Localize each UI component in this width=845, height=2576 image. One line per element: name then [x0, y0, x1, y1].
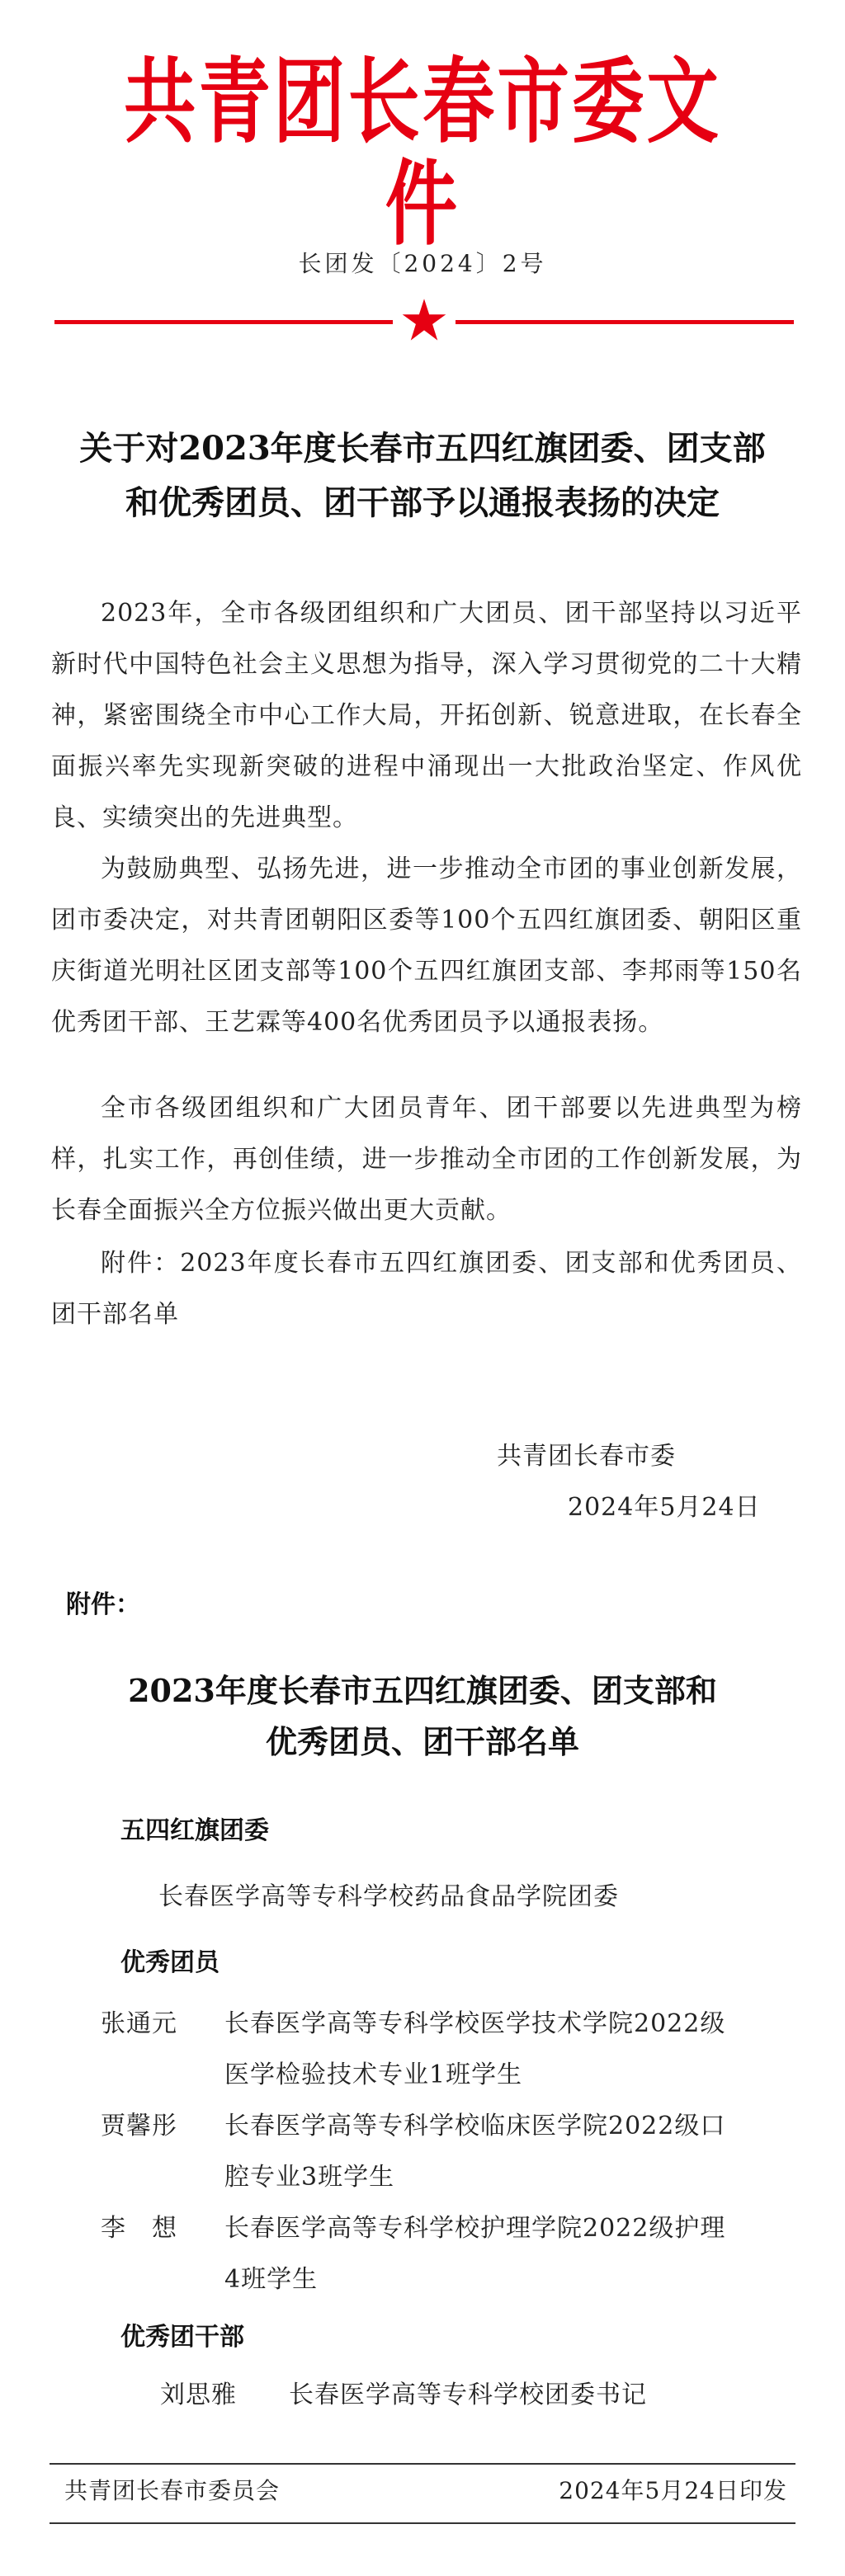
attachment-title-line2: 优秀团员、团干部名单 — [0, 1715, 845, 1769]
decision-heading-line1: 关于对2023年度长春市五四红旗团委、团支部 — [0, 421, 845, 476]
entry-name: 刘思雅 — [160, 2370, 284, 2421]
body-paragraph-2: 为鼓励典型、弘扬先进，进一步推动全市团的事业创新发展，团市委决定，对共青团朝阳区… — [51, 844, 802, 1048]
list-item: 长春医学高等专科学校药品食品学院团委 — [158, 1872, 619, 1923]
entry-desc: 长春医学高等专科学校团委书记 — [289, 2370, 833, 2421]
star-icon — [401, 297, 447, 343]
footer-issuer: 共青团长春市委员会 — [64, 2475, 280, 2508]
attachment-title-line1: 2023年度长春市五四红旗团委、团支部和 — [0, 1664, 845, 1718]
footer-rule-top — [50, 2463, 795, 2465]
entry-desc-line2: 腔专业3班学生 — [224, 2152, 769, 2203]
signature-date: 2024年5月24日 — [568, 1482, 761, 1533]
attachment-note: 附件：2023年度长春市五四红旗团委、团支部和优秀团员、团干部名单 — [51, 1238, 802, 1340]
entry-name: 李 想 — [101, 2203, 224, 2254]
document-number: 长团发〔2024〕2号 — [0, 249, 845, 279]
entry-name: 贾馨彤 — [101, 2101, 224, 2152]
red-rule-left — [54, 320, 393, 324]
section-title-outstanding-cadres: 优秀团干部 — [120, 2321, 244, 2354]
entry-desc-line2: 4班学生 — [224, 2254, 769, 2305]
footer-rule-bottom — [50, 2522, 795, 2524]
entry-desc-line1: 长春医学高等专科学校医学技术学院2022级 — [224, 1999, 769, 2050]
red-rule-right — [456, 320, 794, 324]
entry-desc-line2: 医学检验技术专业1班学生 — [224, 2050, 769, 2101]
body-paragraph-3: 全市各级团组织和广大团员青年、团干部要以先进典型为榜样，扎实工作，再创佳绩，进一… — [51, 1083, 802, 1236]
entry-desc-line1: 长春医学高等专科学校临床医学院2022级口 — [224, 2101, 769, 2152]
body-paragraph-1: 2023年，全市各级团组织和广大团员、团干部坚持以习近平新时代中国特色社会主义思… — [51, 588, 802, 844]
section-title-outstanding-members: 优秀团员 — [120, 1947, 220, 1980]
entry-name: 张通元 — [101, 1999, 224, 2050]
footer-issued-date: 2024年5月24日印发 — [559, 2475, 787, 2508]
entry-desc-line1: 长春医学高等专科学校护理学院2022级护理 — [224, 2203, 769, 2254]
section-title-red-flag-committee: 五四红旗团委 — [120, 1815, 269, 1848]
decision-heading-line2: 和优秀团员、团干部予以通报表扬的决定 — [0, 476, 845, 530]
attachment-label: 附件： — [66, 1584, 140, 1620]
signature-org: 共青团长春市委 — [497, 1431, 676, 1482]
masthead-title: 共青团长春市委文件 — [93, 51, 753, 256]
